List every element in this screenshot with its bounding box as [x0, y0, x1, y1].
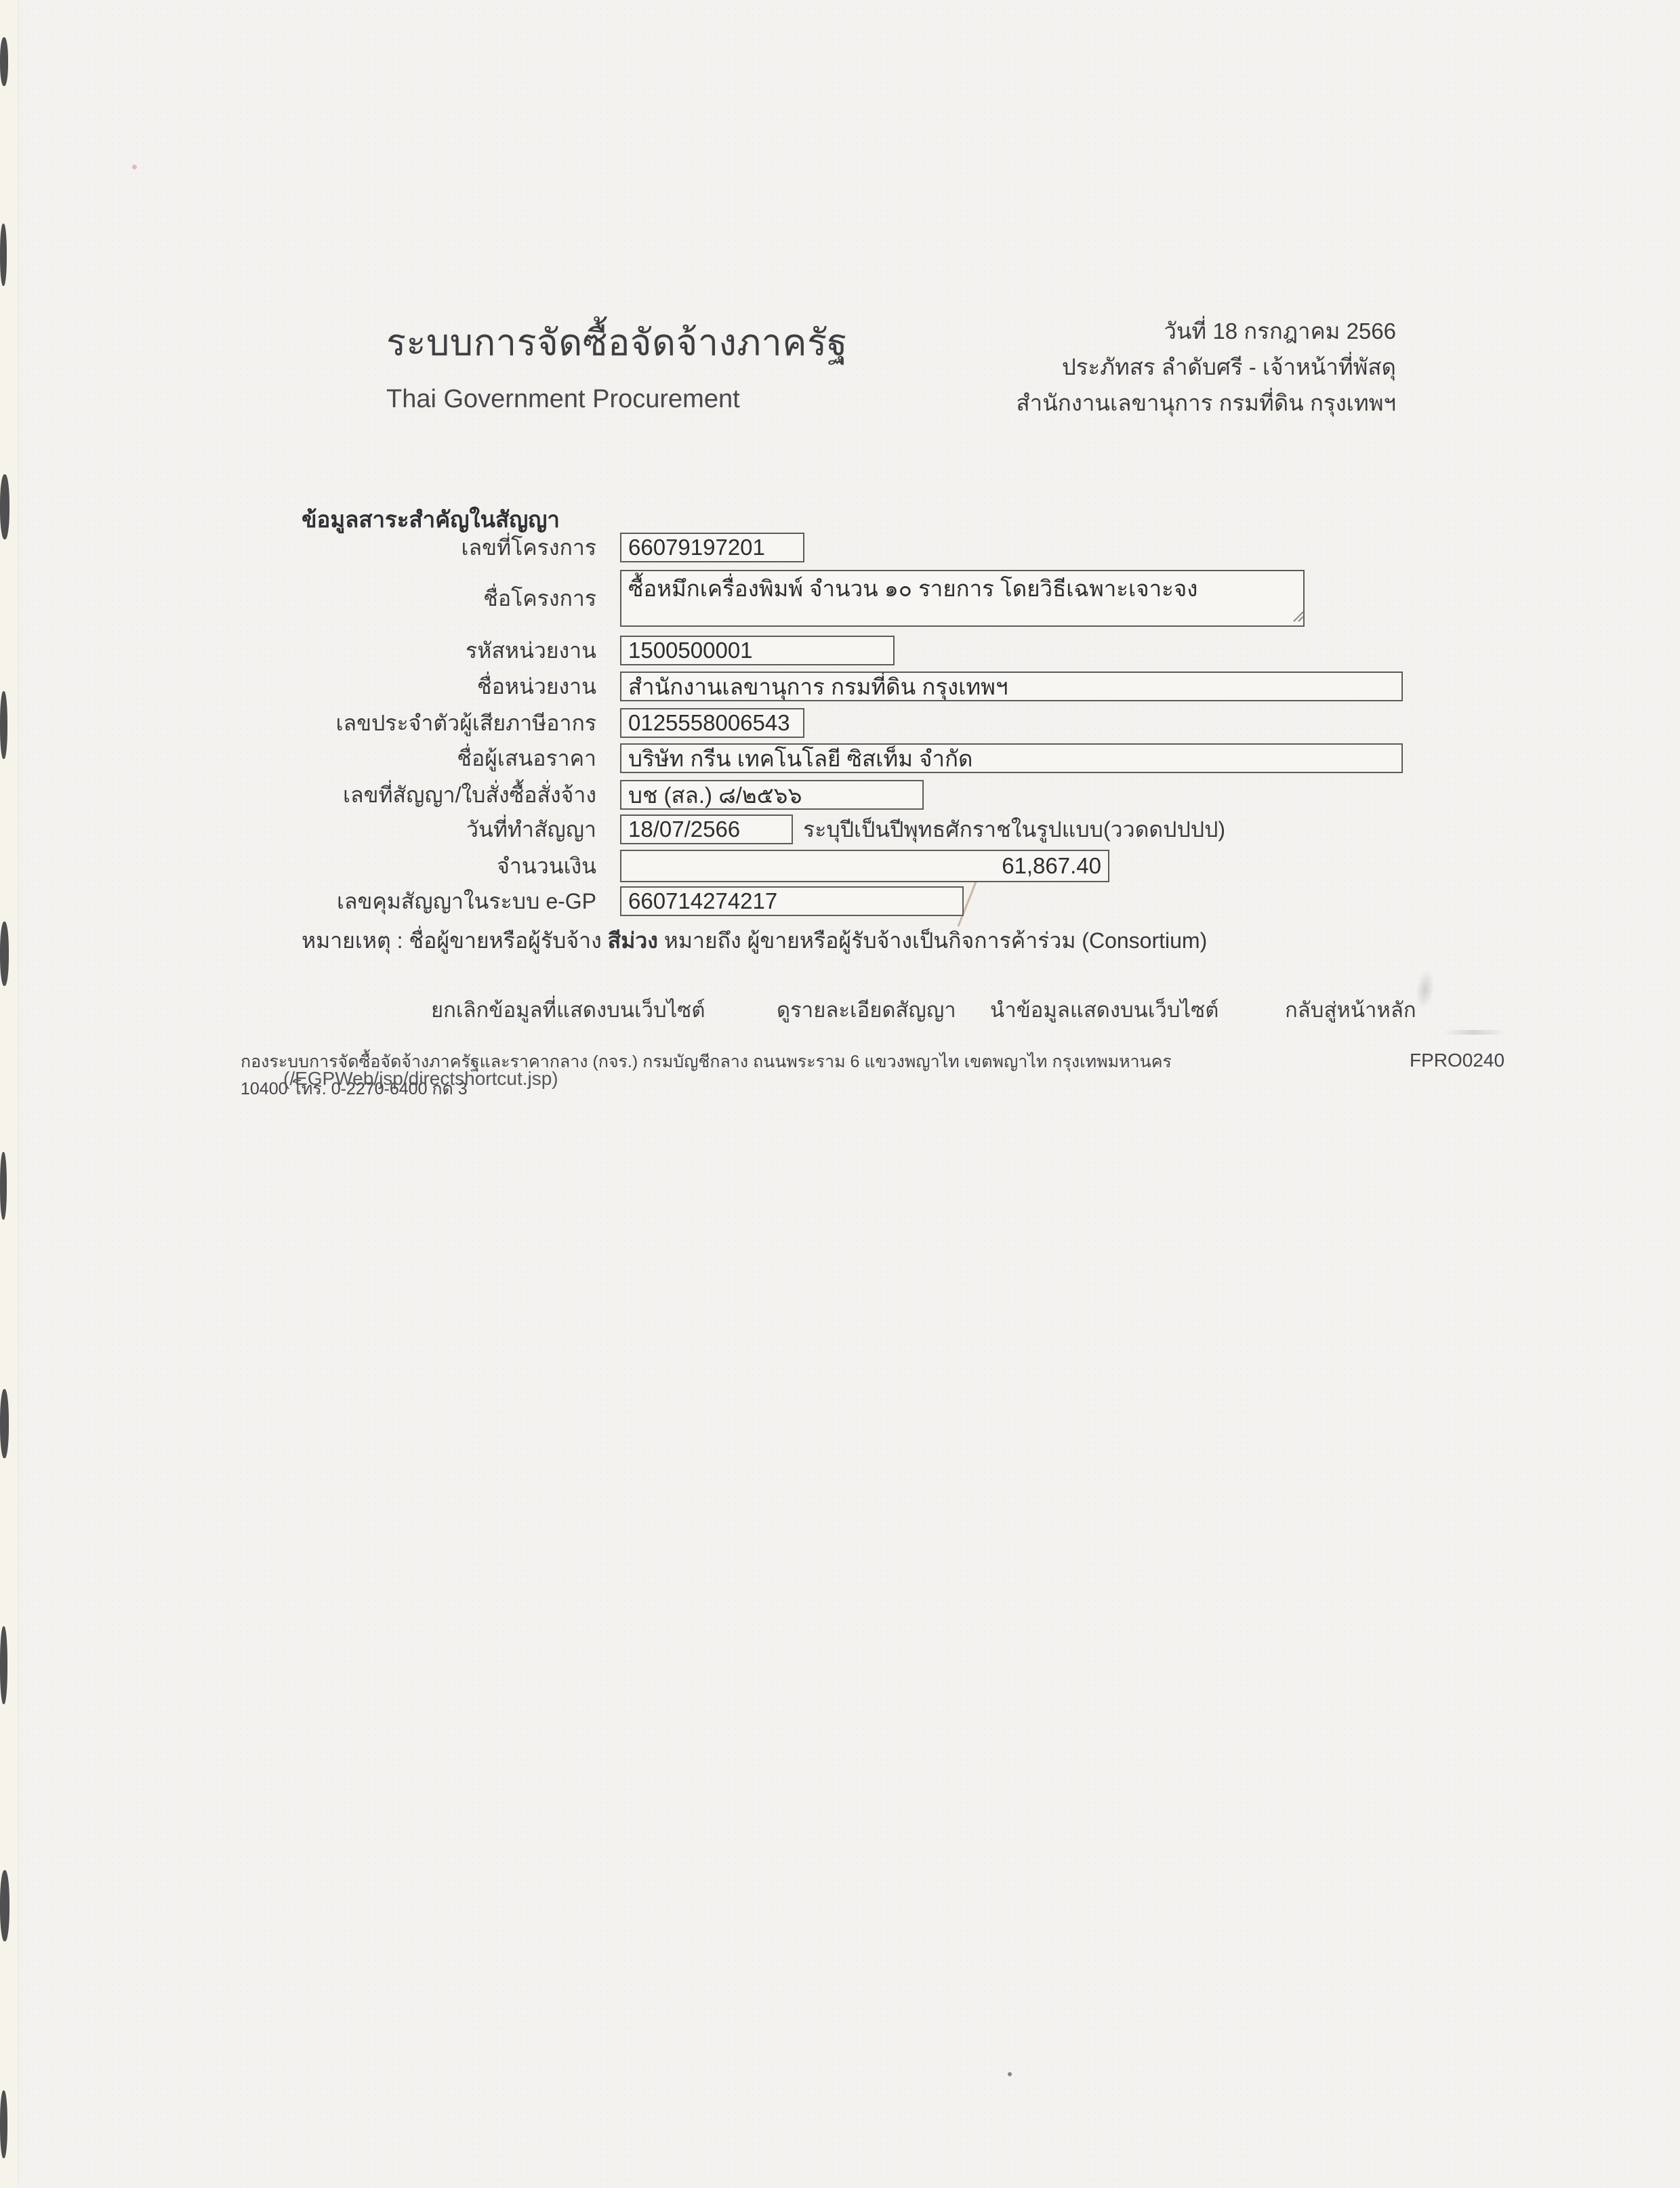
view-contract-detail-button[interactable]: ดูรายละเอียดสัญญา: [773, 992, 960, 1027]
scan-smudge: [1443, 1030, 1504, 1035]
scan-artifact: [0, 1152, 7, 1220]
print-date: วันที่ 18 กรกฎาคม 2566: [1017, 313, 1396, 349]
cancel-publish-button[interactable]: ยกเลิกข้อมูลที่แสดงบนเว็บไซต์: [427, 992, 709, 1027]
officer-name: ประภัทสร ลำดับศรี - เจ้าหน้าที่พัสดุ: [1017, 349, 1396, 385]
tax-id-input[interactable]: [620, 708, 804, 738]
scan-artifact: [0, 37, 8, 86]
paper-speck: [1008, 2072, 1012, 2076]
textarea-resize-handle-icon[interactable]: [1291, 609, 1305, 623]
contract-no-label: เลขที่สัญญา/ใบสั่งซื้อสั่งจ้าง: [136, 780, 596, 810]
note-suffix: หมายถึง ผู้ขายหรือผู้รับจ้างเป็นกิจการค้…: [658, 928, 1207, 953]
dept-code-input[interactable]: [620, 636, 895, 665]
project-no-label: เลขที่โครงการ: [136, 533, 596, 562]
scan-artifact: [0, 1870, 9, 1941]
bidder-name-input[interactable]: [620, 743, 1403, 773]
system-title-thai: ระบบการจัดซื้อจัดจ้างภาครัฐ: [386, 313, 848, 371]
paper-speck: [132, 165, 137, 169]
amount-input[interactable]: [620, 850, 1109, 882]
dept-code-label: รหัสหน่วยงาน: [136, 636, 596, 665]
bidder-name-label: ชื่อผู้เสนอราคา: [136, 743, 596, 773]
egp-no-input[interactable]: [620, 886, 964, 916]
contract-date-input[interactable]: [620, 814, 793, 844]
amount-label: จำนวนเงิน: [136, 850, 596, 882]
tax-id-label: เลขประจำตัวผู้เสียภาษีอากร: [136, 708, 596, 738]
project-name-label: ชื่อโครงการ: [136, 570, 596, 627]
print-header-block: วันที่ 18 กรกฎาคม 2566 ประภัทสร ลำดับศรี…: [1017, 313, 1396, 421]
scan-artifact: [0, 1626, 7, 1704]
scan-artifact: [0, 474, 9, 539]
consortium-note: หมายเหตุ : ชื่อผู้ขายหรือผู้รับจ้าง สีม่…: [302, 924, 1207, 958]
form-code: FPRO0240: [1410, 1050, 1504, 1071]
agency-name: สำนักงานเลขานุการ กรมที่ดิน กรุงเทพฯ: [1017, 385, 1396, 421]
contract-date-label: วันที่ทำสัญญา: [136, 814, 596, 844]
date-format-hint: ระบุปีเป็นปีพุทธศักราชในรูปแบบ(ววดดปปปป): [803, 814, 1225, 844]
egp-no-label: เลขคุมสัญญาในระบบ e-GP: [136, 886, 596, 916]
dept-name-label: ชื่อหน่วยงาน: [136, 672, 596, 701]
note-prefix: หมายเหตุ : ชื่อผู้ขายหรือผู้รับจ้าง: [302, 928, 608, 953]
scan-artifact: [0, 2090, 7, 2158]
publish-to-website-button[interactable]: นำข้อมูลแสดงบนเว็บไซต์: [986, 992, 1223, 1027]
scanner-edge-strip: [0, 0, 18, 2188]
dept-name-input[interactable]: [620, 672, 1403, 701]
scan-artifact: [0, 1389, 9, 1458]
project-name-textarea[interactable]: ซื้อหมึกเครื่องพิมพ์ จำนวน ๑๐ รายการ โดย…: [620, 570, 1305, 627]
scan-artifact: [0, 691, 7, 759]
scan-artifact: [0, 922, 9, 986]
scan-artifact: [0, 224, 7, 286]
footer-path: (/EGPWeb/jsp/directshortcut.jsp): [283, 1068, 558, 1090]
note-highlight: สีม่วง: [608, 928, 658, 953]
system-title-english: Thai Government Procurement: [386, 385, 740, 414]
project-no-input[interactable]: [620, 533, 804, 562]
back-home-button[interactable]: กลับสู่หน้าหลัก: [1281, 992, 1420, 1027]
contract-no-input[interactable]: [620, 780, 924, 810]
scanned-page: ระบบการจัดซื้อจัดจ้างภาครัฐ Thai Governm…: [0, 0, 1680, 2188]
